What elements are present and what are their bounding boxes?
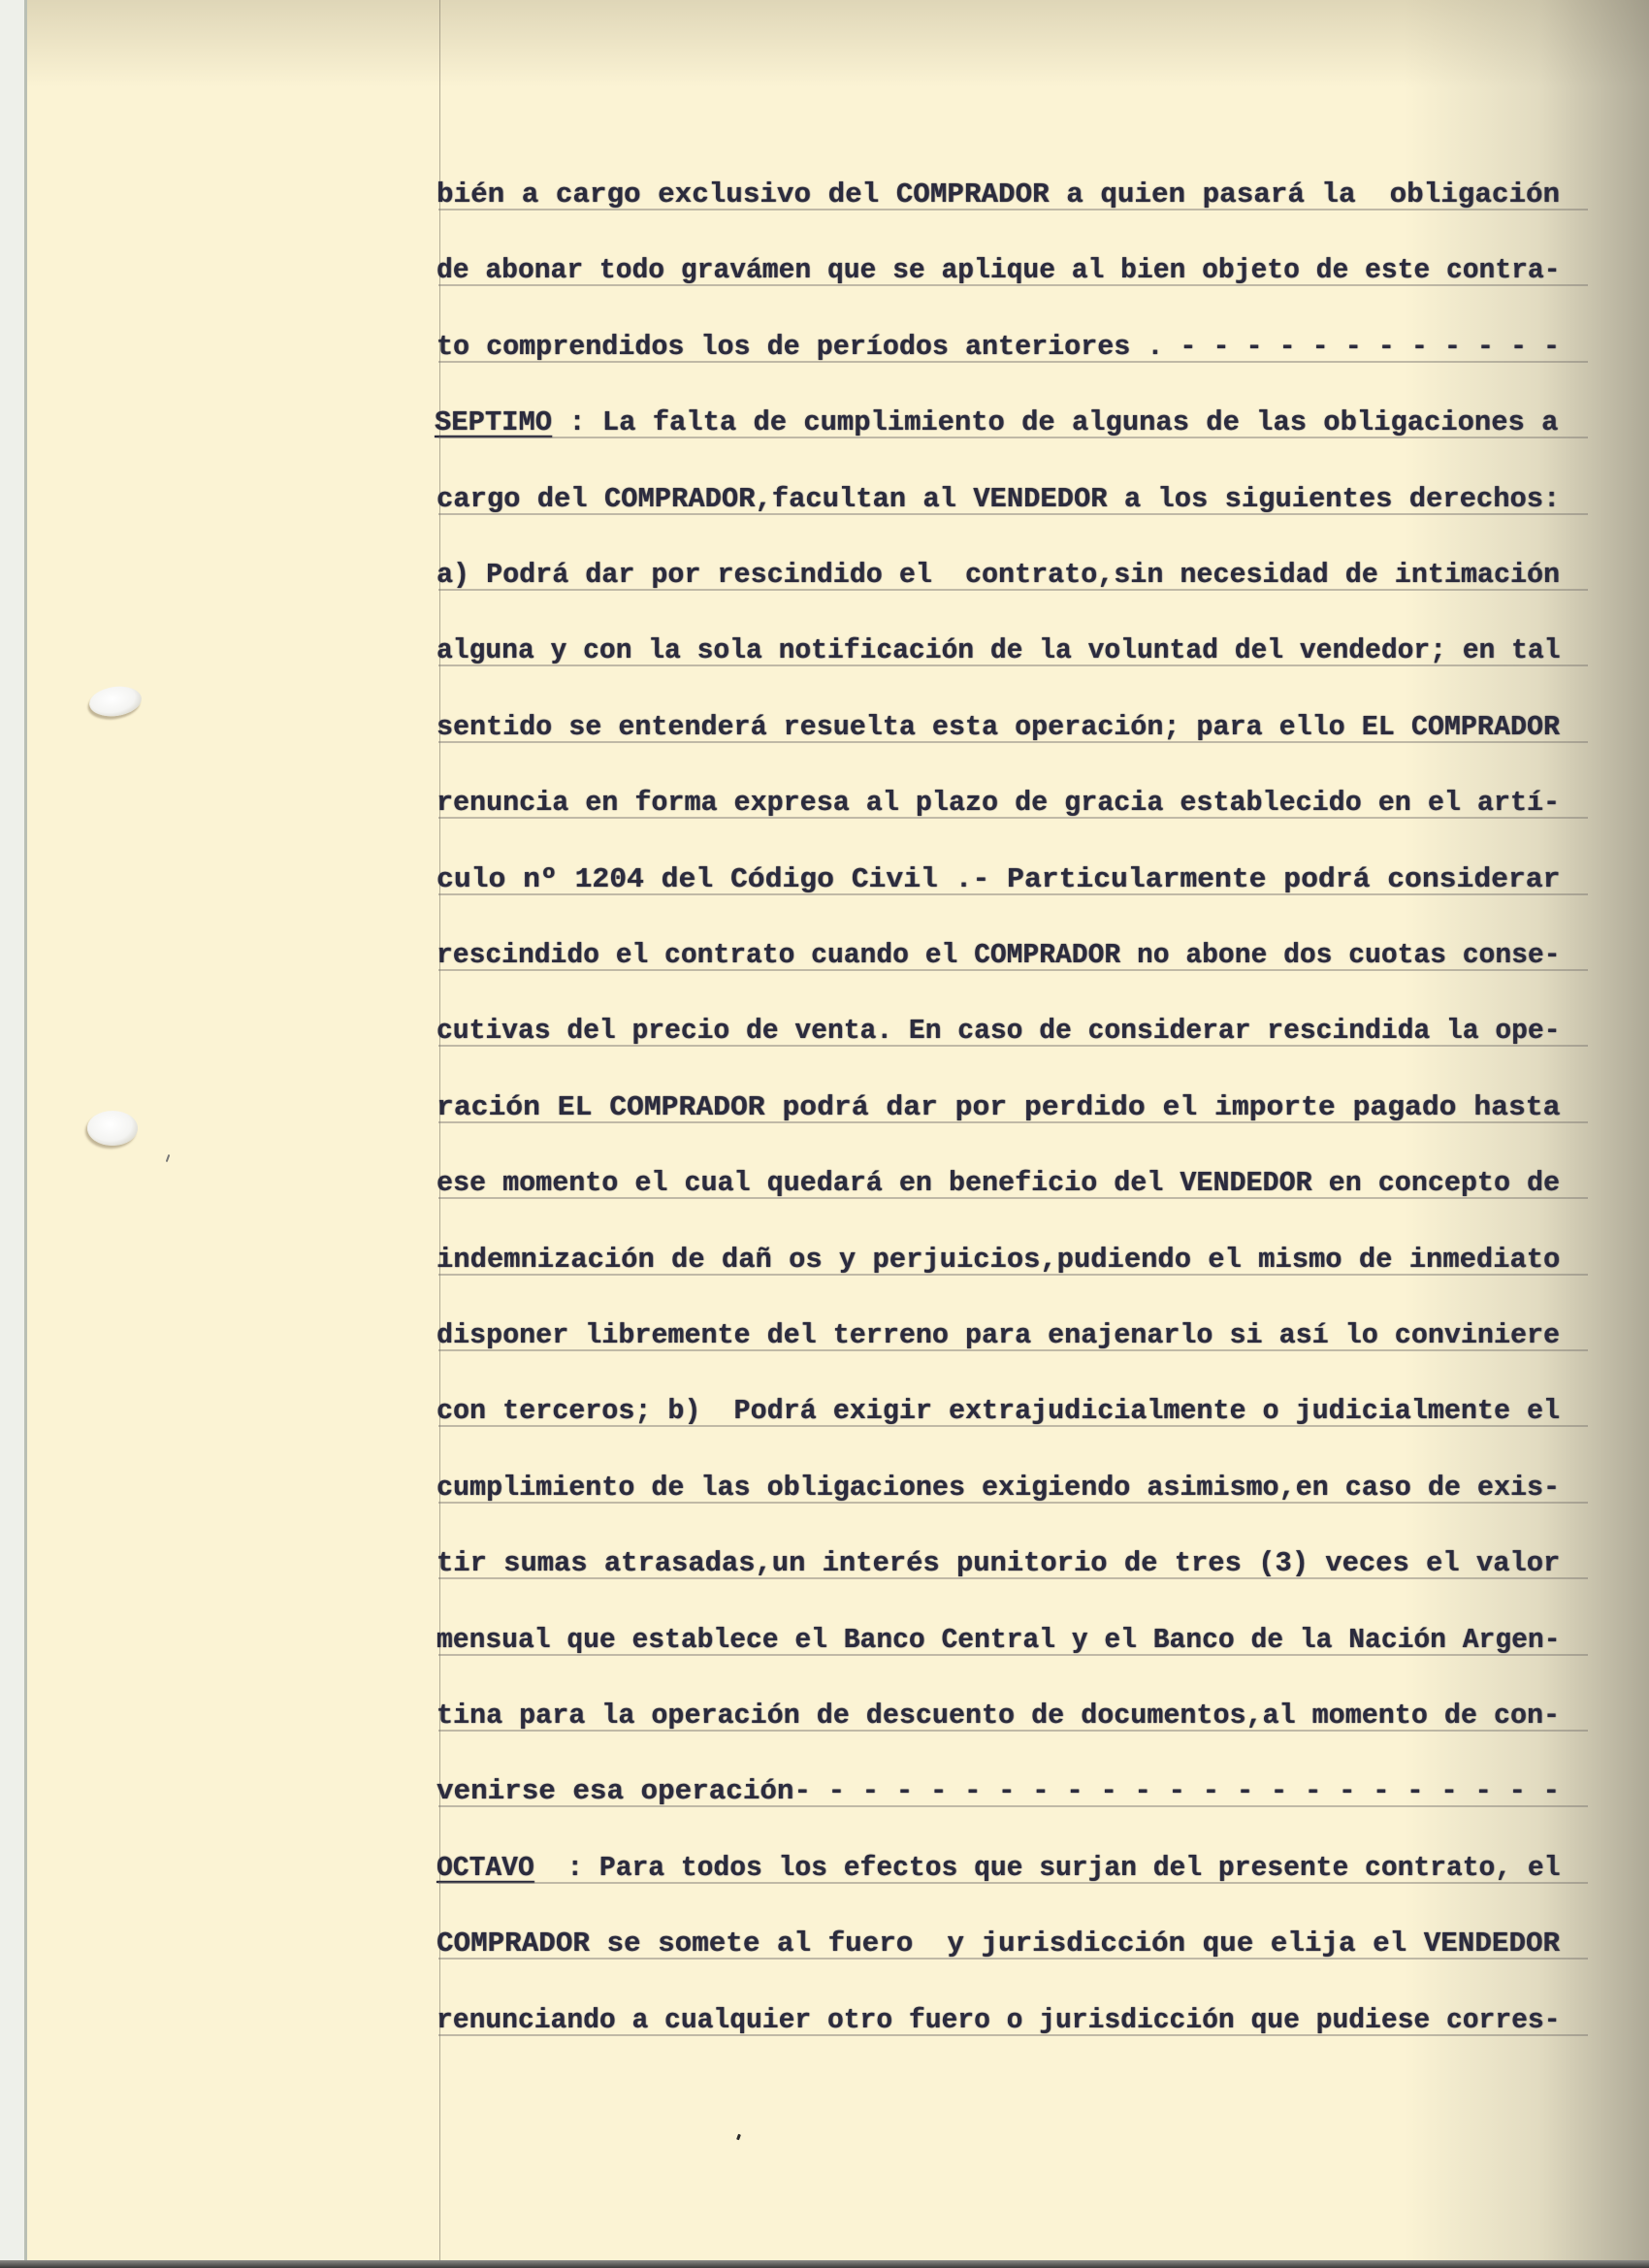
line-text: cutivas del precio de venta. En caso de … [436,1015,1561,1047]
line-text: : Para todos los efectos que surjan del … [534,1852,1561,1884]
line-rule [438,1197,1588,1199]
line-rule [438,1577,1588,1579]
line-rule [438,2034,1588,2036]
line-text: de abonar todo gravámen que se aplique a… [436,254,1561,286]
line-text: bién a cargo exclusivo del COMPRADOR a q… [436,178,1560,211]
line-rule [438,284,1588,286]
line-rule [438,1730,1588,1732]
line-text: mensual que establece el Banco Central y… [436,1624,1561,1656]
line-text: tir sumas atrasadas,un interés punitorio… [436,1547,1560,1579]
line-rule [438,817,1588,819]
contract-text-body: bién a cargo exclusivo del COMPRADOR a q… [0,0,1649,2268]
line-rule [438,664,1588,666]
line-text: ración EL COMPRADOR podrá dar por perdid… [436,1091,1560,1123]
line-rule [438,513,1588,515]
line-rule [438,1121,1588,1123]
line-text: con terceros; b) Podrá exigir extrajudic… [436,1395,1560,1427]
line-text: indemnización de dañ os y perjuicios,pud… [436,1244,1560,1276]
line-text: rescindido el contrato cuando el COMPRAD… [436,939,1561,971]
line-text: disponer libremente del terreno para ena… [436,1319,1560,1351]
line-text: COMPRADOR se somete al fuero y jurisdicc… [436,1928,1560,1960]
line-rule [438,361,1588,363]
line-rule [438,969,1588,971]
line-rule [438,1502,1588,1504]
line-text: : La falta de cumplimiento de algunas de… [552,406,1558,438]
page-bottom-edge [0,2260,1649,2268]
line-text: renunciando a cualquier otro fuero o jur… [436,2004,1561,2036]
line-rule [438,1274,1588,1276]
line-text: culo nº 1204 del Código Civil .- Particu… [436,863,1560,895]
line-rule [438,1045,1588,1047]
line-text: cumplimiento de las obligaciones exigien… [436,1472,1560,1504]
line-rule [438,1425,1588,1427]
line-text: venirse esa operación- - - - - - - - - -… [436,1775,1560,1807]
line-rule [438,893,1588,895]
line-rule [438,741,1588,743]
line-text: ese momento el cual quedará en beneficio… [436,1167,1560,1199]
line-rule [438,1805,1588,1807]
line-rule [438,437,1588,438]
line-rule [438,1958,1588,1960]
line-text: cargo del COMPRADOR,facultan al VENDEDOR… [436,483,1560,515]
line-rule [438,1654,1588,1656]
line-rule [438,209,1588,211]
line-text: to comprendidos los de períodos anterior… [436,331,1560,363]
line-rule [438,1349,1588,1351]
line-text: renuncia en forma expresa al plazo de gr… [436,787,1560,819]
clause-heading: OCTAVO [436,1852,534,1884]
line-text: sentido se entenderá resuelta esta opera… [436,711,1560,743]
line-rule [438,1882,1588,1884]
line-text: a) Podrá dar por rescindido el contrato,… [436,559,1560,591]
clause-heading: SEPTIMO [435,406,552,438]
line-text: tina para la operación de descuento de d… [436,1700,1560,1732]
line-text: alguna y con la sola notificación de la … [436,634,1561,666]
line-rule [438,589,1588,591]
